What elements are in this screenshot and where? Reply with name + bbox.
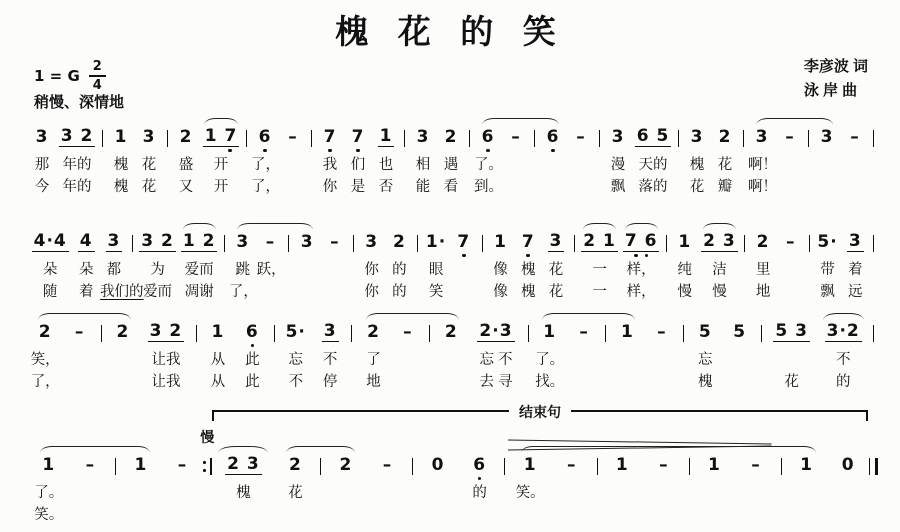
- lyric-verse2: [275, 504, 317, 526]
- lyric-verse2: 地: [749, 281, 777, 303]
- lyric-verse1: 为: [137, 259, 179, 281]
- slur-arc: [212, 444, 274, 453]
- note-token: 6此此: [235, 311, 269, 393]
- lyric-verse2: 的: [386, 281, 414, 303]
- tempo-marking: 稍慢、深情地: [34, 91, 124, 112]
- arc-space: [408, 444, 417, 453]
- low-octave-dot: [645, 254, 649, 258]
- note-number: 2 3: [701, 231, 738, 252]
- arc-space: [347, 311, 356, 320]
- lyric-verse1: [530, 154, 539, 176]
- barline-mark: [666, 235, 667, 252]
- slur-arc: [509, 444, 551, 453]
- lyric-verse1: [869, 259, 878, 281]
- slur-arc: [474, 116, 502, 125]
- lyric-verse2: 落的: [632, 176, 674, 198]
- lyric-verse2: [679, 371, 688, 393]
- lyric-verse1: 忘: [279, 349, 313, 371]
- note-token: 2: [325, 444, 367, 526]
- note-number: –: [783, 127, 797, 147]
- lyric-verse1: [325, 482, 367, 504]
- lyric-verse2: [459, 504, 501, 526]
- note-number: –: [84, 455, 98, 475]
- lyric-verse2: [367, 504, 409, 526]
- lyric-verse1: 漫: [604, 154, 632, 176]
- note-token: –: [567, 116, 595, 198]
- note-token: 7 6样，样，: [620, 221, 662, 303]
- note-number: 6: [471, 455, 488, 475]
- barline-mark: [412, 458, 413, 475]
- note-number: 2·3: [477, 321, 514, 342]
- note-number: –: [176, 455, 190, 475]
- lyric-verse2: [163, 176, 172, 198]
- lyric-verse1: 的: [459, 482, 501, 504]
- barline: [425, 311, 434, 393]
- lyric-verse2: 飘: [814, 281, 842, 303]
- sheet-music-page: { "title": "槐 花 的 笑", "meta": { "key": "…: [0, 0, 900, 532]
- arc-space: [465, 116, 474, 125]
- lyric-verse2: 凋谢: [178, 281, 220, 303]
- arc-space: [514, 221, 542, 230]
- lyric-verse2: 一: [579, 281, 621, 303]
- lyric-verse1: [610, 349, 644, 371]
- lyric-verse2: [321, 281, 349, 303]
- lyric-verse1: 跃，: [257, 259, 285, 281]
- lyric-verse1: [869, 482, 878, 504]
- note-number: 0: [430, 455, 447, 475]
- note-token: –: [502, 116, 530, 198]
- lyric-verse2: 爱而: [137, 281, 179, 303]
- arc-space: [220, 221, 229, 230]
- slur-arc: [735, 444, 777, 453]
- lyric-verse2: 是: [344, 176, 372, 198]
- lyric-verse1: [293, 259, 321, 281]
- note-token: 1: [694, 444, 736, 526]
- barline-mark: [809, 235, 810, 252]
- lyric-verse2: [570, 281, 579, 303]
- arc-space: [869, 444, 878, 453]
- lyric-verse1: [106, 349, 140, 371]
- notation-row: 4·4朵随4朵着3都我们的3 2为爱而1 2爱而凋谢3跳了，–跃，3–3你你2的…: [28, 221, 878, 303]
- lyric-verse2: [450, 281, 478, 303]
- note-number: 3: [415, 127, 432, 147]
- note-number: 7: [350, 127, 367, 147]
- low-octave-dot: [263, 149, 267, 153]
- note-token: 2遇看: [437, 116, 465, 198]
- barline-mark: [404, 130, 405, 147]
- time-signature-numerator: 2: [89, 60, 106, 77]
- lyric-verse2: [869, 281, 878, 303]
- lyric-verse1: 那: [28, 154, 56, 176]
- lyric-verse1: 里: [749, 259, 777, 281]
- lyric-verse2: [293, 281, 321, 303]
- lyric-verse1: 让我: [140, 349, 192, 371]
- note-token: 5 3花: [766, 311, 818, 393]
- lyric-verse1: 眼: [422, 259, 450, 281]
- lyric-verse1: 不: [313, 349, 347, 371]
- note-number: 3: [847, 231, 864, 252]
- lyric-verse2: [757, 371, 766, 393]
- note-number: –: [565, 455, 579, 475]
- note-token: 6: [539, 116, 567, 198]
- lyric-verse1: [567, 154, 595, 176]
- arc-space: [140, 311, 192, 320]
- slur-arc: [391, 311, 425, 320]
- note-token: 5·忘不: [279, 311, 313, 393]
- barline-mark: [873, 325, 874, 342]
- barline-mark: [683, 325, 684, 342]
- lyric-verse2: 能: [409, 176, 437, 198]
- note-number: 3: [754, 127, 771, 147]
- lyric-verse1: 爱而: [178, 259, 220, 281]
- arc-space: [349, 221, 358, 230]
- slur-arc: [813, 116, 841, 125]
- lyric-verse1: 槐: [107, 154, 135, 176]
- note-token: 2 1一一: [579, 221, 621, 303]
- lyric-verse1: [601, 349, 610, 371]
- barline-mark: [320, 458, 321, 475]
- arc-space: [417, 444, 459, 453]
- arc-space: [413, 221, 422, 230]
- note-number: 2: [717, 127, 734, 147]
- barline: [413, 221, 422, 303]
- slur-arc: [178, 221, 220, 230]
- lyric-verse2: 花: [766, 371, 818, 393]
- note-token: 5忘槐: [688, 311, 722, 393]
- lyric-verse1: [602, 482, 644, 504]
- lyric-verse2: [694, 504, 736, 526]
- arc-space: [98, 116, 107, 125]
- lyric-verse1: [567, 349, 601, 371]
- note-number: 3: [322, 321, 339, 342]
- slur-arc: [325, 444, 367, 453]
- note-number: 7: [520, 232, 537, 252]
- lyric-verse2: [347, 371, 356, 393]
- note-token: 1 7开开: [200, 116, 242, 198]
- note-token: 6 5天的落的: [632, 116, 674, 198]
- lyric-verse2: 花: [135, 176, 163, 198]
- lyric-verse2: [827, 504, 869, 526]
- lyric-verse2: 槐: [514, 281, 542, 303]
- arc-space: [766, 311, 818, 320]
- note-number: 3 2: [148, 321, 185, 342]
- lyric-verse2: [307, 176, 316, 198]
- double-barline-mark: [203, 458, 212, 475]
- low-octave-dot: [251, 344, 255, 348]
- slur-arc: [293, 221, 321, 230]
- note-token: 2花: [275, 444, 317, 526]
- arc-space: [722, 311, 756, 320]
- note-number: 7: [455, 232, 472, 252]
- note-number: 1 2: [181, 231, 218, 252]
- arc-space: [459, 444, 501, 453]
- arc-space: [344, 116, 372, 125]
- note-token: 3 2年的年的: [56, 116, 98, 198]
- lyric-verse2: 去 寻: [468, 371, 523, 393]
- slur-arc: [356, 311, 390, 320]
- barline-mark: [689, 458, 690, 475]
- note-token: 3·2不的: [817, 311, 869, 393]
- barline-mark: [311, 130, 312, 147]
- barline-mark: [102, 130, 103, 147]
- note-number: 2: [115, 322, 132, 342]
- lyric-verse1: 跳: [229, 259, 257, 281]
- note-number: 3: [819, 127, 836, 147]
- lyric-verse2: 你: [358, 281, 386, 303]
- lyric-verse1: [679, 349, 688, 371]
- note-number: 5·: [284, 322, 308, 342]
- note-token: –: [643, 444, 685, 526]
- note-token: –: [162, 444, 204, 526]
- arc-space: [422, 221, 450, 230]
- note-token: 2 3槐: [212, 444, 274, 526]
- arc-space: [279, 311, 313, 320]
- arc-space: [172, 116, 200, 125]
- note-token: 2笑，了，: [28, 311, 62, 393]
- lyric-verse1: [643, 482, 685, 504]
- arc-space: [604, 116, 632, 125]
- arc-space: [100, 221, 128, 230]
- low-octave-dot: [356, 149, 360, 153]
- barline: [805, 221, 814, 303]
- note-number: –: [574, 127, 588, 147]
- lyric-verse2: 找。: [533, 371, 567, 393]
- lyric-verse2: [685, 504, 694, 526]
- lyric-verse1: [417, 482, 459, 504]
- note-number: 6: [257, 127, 274, 147]
- lyric-verse1: 了。: [533, 349, 567, 371]
- note-token: –: [841, 116, 869, 198]
- lyric-verse2: 开: [200, 176, 242, 198]
- note-token: –: [321, 221, 349, 303]
- lyric-verse2: 让我: [140, 371, 192, 393]
- lyric-verse1: 年的: [56, 154, 98, 176]
- arc-space: [372, 116, 400, 125]
- barline-mark: [246, 130, 247, 147]
- lyric-verse2: [539, 176, 567, 198]
- note-number: 3: [234, 232, 251, 252]
- barline-mark: [482, 235, 483, 252]
- barline: [869, 116, 878, 198]
- note-token: 3 2让我让我: [140, 311, 192, 393]
- lyric-verse2: [465, 176, 474, 198]
- lyric-verse1: [570, 259, 579, 281]
- lyric-verse1: [804, 154, 813, 176]
- slur-arc: [643, 444, 685, 453]
- lyric-verse2: [500, 504, 509, 526]
- note-token: 1·眼笑: [422, 221, 450, 303]
- lyric-verse1: [685, 482, 694, 504]
- note-number: 7 6: [623, 231, 660, 252]
- lyric-verse1: [450, 259, 478, 281]
- note-token: 2花瓣: [711, 116, 739, 198]
- lyric-verse1: 着: [841, 259, 869, 281]
- arc-space: [235, 311, 269, 320]
- notation-row: 1了。笑。–1–慢2 3槐2花2–06的1笑。–1–1–10: [28, 444, 878, 526]
- slur-arc: [257, 221, 285, 230]
- lyric-verse2: [593, 504, 602, 526]
- note-number: 2 1: [581, 231, 618, 252]
- arc-space: [679, 311, 688, 320]
- lyric-verse2: [120, 504, 162, 526]
- lyric-verse2: [400, 176, 409, 198]
- note-token: 1 2爱而凋谢: [178, 221, 220, 303]
- lyric-verse1: 开: [200, 154, 242, 176]
- note-token: –: [777, 221, 805, 303]
- lyric-verse1: [595, 154, 604, 176]
- lyric-verse1: [674, 154, 683, 176]
- note-token: 3: [813, 116, 841, 198]
- arc-space: [524, 311, 533, 320]
- lyric-verse2: 今: [28, 176, 56, 198]
- barline-mark: [599, 130, 600, 147]
- lyric-verse1: [465, 154, 474, 176]
- lyric-verse1: 遇: [437, 154, 465, 176]
- barline: [869, 444, 878, 526]
- note-token: 3花花: [135, 116, 163, 198]
- arc-space: [313, 311, 347, 320]
- barline-mark: [873, 130, 874, 147]
- lyric-verse1: 忘 不: [468, 349, 523, 371]
- lyric-verse1: [279, 154, 307, 176]
- lyric-verse2: [739, 176, 748, 198]
- barline: [601, 311, 610, 393]
- note-token: –: [62, 311, 96, 393]
- lyric-verse2: [316, 504, 325, 526]
- lyric-verse2: [478, 281, 487, 303]
- barline-mark: [288, 235, 289, 252]
- barline: [400, 116, 409, 198]
- slur-arc: [817, 311, 869, 320]
- lyric-verse1: 的: [386, 259, 414, 281]
- lyric-verse1: [869, 154, 878, 176]
- lyric-verse1: 朵: [28, 259, 72, 281]
- lyric-verse2: [284, 281, 293, 303]
- slur-arc: [602, 444, 644, 453]
- low-octave-dot: [478, 477, 482, 481]
- note-token: –: [551, 444, 593, 526]
- barline: [347, 311, 356, 393]
- lyric-verse1: 花: [542, 259, 570, 281]
- barline: [242, 116, 251, 198]
- lyric-verse1: [827, 482, 869, 504]
- slur-arc: [200, 116, 242, 125]
- barline: [757, 311, 766, 393]
- note-number: –: [264, 232, 278, 252]
- lyric-verse2: 年的: [56, 176, 98, 198]
- note-token: 2 3洁慢: [699, 221, 741, 303]
- lyric-verse1: [203, 482, 212, 504]
- lyric-verse2: 慢: [671, 281, 699, 303]
- lyric-verse2: [220, 281, 229, 303]
- slur-arc: [620, 221, 662, 230]
- lyric-verse2: [805, 281, 814, 303]
- arc-space: [757, 311, 766, 320]
- note-token: 0: [417, 444, 459, 526]
- barline-mark: [504, 458, 505, 475]
- lyric-verse1: [242, 154, 251, 176]
- lyric-verse1: [502, 154, 530, 176]
- barline: [674, 116, 683, 198]
- arc-space: [645, 311, 679, 320]
- lyric-verse2: [98, 176, 107, 198]
- lyric-verse2: [509, 504, 551, 526]
- lyric-verse2: 啊！: [748, 176, 776, 198]
- note-number: 1: [132, 455, 149, 475]
- arc-space: [632, 116, 674, 125]
- barline: [270, 311, 279, 393]
- lyric-verse1: [739, 154, 748, 176]
- note-number: 7: [322, 127, 339, 147]
- barline-mark: [101, 325, 102, 342]
- slur-arc: [748, 116, 776, 125]
- lyric-verse1: 们: [344, 154, 372, 176]
- lyric-verse2: [662, 281, 671, 303]
- barline: [662, 221, 671, 303]
- lyric-verse2: [192, 371, 201, 393]
- arc-space: [163, 116, 172, 125]
- note-number: 5: [697, 322, 714, 342]
- note-token: 1了。找。: [533, 311, 567, 393]
- notation-system-1: 3那今3 2年的年的1槐槐3花花2盛又1 7开开6了，了，–7我你7们是1也否3…: [28, 116, 878, 198]
- lyric-verse1: [777, 482, 786, 504]
- note-number: 2: [755, 232, 772, 252]
- arc-space: [316, 116, 344, 125]
- lyric-verse2: [417, 504, 459, 526]
- lyric-verse2: [279, 176, 307, 198]
- note-number: 1: [113, 127, 130, 147]
- note-token: 4·4朵随: [28, 221, 72, 303]
- arc-space: [595, 116, 604, 125]
- slur-arc: [106, 311, 140, 320]
- notation-system-4: 1了。笑。–1–慢2 3槐2花2–06的1笑。–1–1–10: [28, 444, 878, 526]
- note-token: 2: [434, 311, 468, 393]
- lyric-verse1: 洁: [699, 259, 741, 281]
- arc-space: [487, 221, 515, 230]
- lyric-verse1: [111, 482, 120, 504]
- note-number: 3 2: [139, 231, 176, 252]
- lyric-verse1: 了，: [251, 154, 279, 176]
- arc-space: [662, 221, 671, 230]
- lyric-verse1: 从: [201, 349, 235, 371]
- note-token: 3啊！啊！: [748, 116, 776, 198]
- arc-space: [400, 116, 409, 125]
- lyric-verse2: [257, 281, 285, 303]
- lyric-verse1: [869, 349, 878, 371]
- lyric-verse1: [270, 349, 279, 371]
- lyric-verse1: 朵: [72, 259, 100, 281]
- lyric-verse2: [735, 504, 777, 526]
- lyric-verse1: [500, 482, 509, 504]
- note-token: –: [391, 311, 425, 393]
- barline-mark: [597, 458, 598, 475]
- lyric-verse1: 了。: [28, 482, 70, 504]
- barline: [739, 116, 748, 198]
- lyric-verse1: [740, 259, 749, 281]
- slur-arc: [120, 444, 162, 453]
- lyric-verse2: 又: [172, 176, 200, 198]
- lyric-verse2: 槐: [688, 371, 722, 393]
- final-barline-mark: [869, 458, 878, 475]
- note-token: –: [735, 444, 777, 526]
- lyric-verse1: 盛: [172, 154, 200, 176]
- lyric-verse2: [595, 176, 604, 198]
- lyric-verse1: [425, 349, 434, 371]
- note-number: 1: [619, 322, 636, 342]
- lyric-verse2: [270, 371, 279, 393]
- lyric-verse2: 地: [356, 371, 390, 393]
- lyric-verse1: 你: [358, 259, 386, 281]
